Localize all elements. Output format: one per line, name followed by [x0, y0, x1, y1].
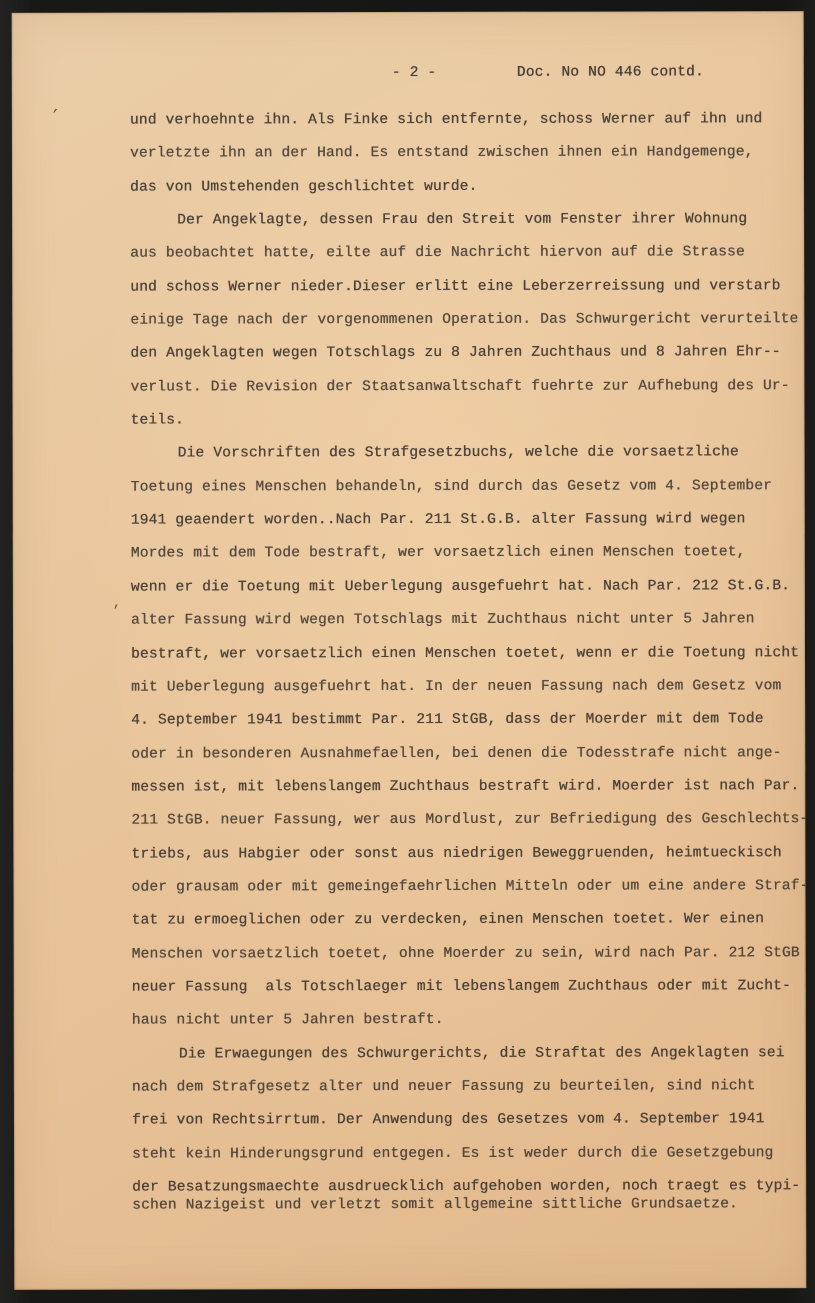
text-line: alter Fassung wird wegen Totschlags mit …: [131, 603, 811, 638]
ink-speck: ’: [49, 110, 60, 122]
text-line: Mordes mit dem Tode bestraft, wer vorsae…: [131, 537, 811, 572]
text-line: mit Ueberlegung ausgefuehrt hat. In der …: [131, 670, 811, 705]
text-line: Menschen vorsaetzlich toetet, ohne Moerd…: [132, 937, 812, 972]
text-line: Die Vorschriften des Strafgesetzbuchs, w…: [131, 437, 811, 472]
text-line: haus nicht unter 5 Jahren bestraft.: [132, 1003, 812, 1038]
text-line: nach dem Strafgesetz alter und neuer Fas…: [132, 1070, 812, 1105]
text-line: teils.: [130, 403, 810, 438]
body-text: und verhoehnte ihn. Als Finke sich entfe…: [130, 103, 812, 1223]
document-page: - 2 - Doc. No NO 446 contd. ’ ’ und verh…: [12, 11, 807, 1290]
text-line: verletzte ihn an der Hand. Es entstand z…: [130, 137, 810, 172]
text-line: und schoss Werner nieder.Dieser erlitt e…: [130, 270, 810, 305]
text-line: Toetung eines Menschen behandeln, sind d…: [131, 470, 811, 505]
text-line: und verhoehnte ihn. Als Finke sich entfe…: [130, 103, 810, 138]
text-line: verlust. Die Revision der Staatsanwaltsc…: [130, 370, 810, 405]
text-line: 4. September 1941 bestimmt Par. 211 StGB…: [131, 703, 811, 738]
text-line: einige Tage nach der vorgenommenen Opera…: [130, 303, 810, 338]
text-line: oder grausam oder mit gemeingefaehrliche…: [131, 870, 811, 905]
text-line: wenn er die Toetung mit Ueberlegung ausg…: [131, 570, 811, 605]
ink-speck: ’: [112, 607, 120, 617]
text-line: messen ist, mit lebenslangem Zuchthaus b…: [131, 770, 811, 805]
text-line: tat zu ermoeglichen oder zu verdecken, e…: [132, 903, 812, 938]
text-line: Der Angeklagte, dessen Frau den Streit v…: [130, 203, 810, 238]
text-line: bestraft, wer vorsaetzlich einen Mensche…: [131, 637, 811, 672]
text-line: neuer Fassung als Totschlaeger mit leben…: [132, 970, 812, 1005]
text-line: 211 StGB. neuer Fassung, wer aus Mordlus…: [131, 803, 811, 838]
text-line: 1941 geaendert worden..Nach Par. 211 St.…: [131, 503, 811, 538]
text-line: das von Umstehenden geschlichtet wurde.: [130, 170, 810, 205]
text-line: steht kein Hinderungsgrund entgegen. Es …: [132, 1137, 812, 1172]
page-number: - 2 -: [392, 65, 437, 81]
text-line: oder in besonderen Ausnahmefaellen, bei …: [131, 737, 811, 772]
paragraph: und verhoehnte ihn. Als Finke sich entfe…: [130, 103, 810, 204]
paragraph: Der Angeklagte, dessen Frau den Streit v…: [130, 203, 810, 438]
paragraph: Die Vorschriften des Strafgesetzbuchs, w…: [131, 437, 812, 1039]
scanned-document: - 2 - Doc. No NO 446 contd. ’ ’ und verh…: [0, 0, 815, 1303]
text-line: triebs, aus Habgier oder sonst aus niedr…: [131, 837, 811, 872]
text-line: frei von Rechtsirrtum. Der Anwendung des…: [132, 1103, 812, 1138]
text-line: schen Nazigeist und verletzt somit allge…: [132, 1188, 812, 1223]
text-line: den Angeklagten wegen Totschlags zu 8 Ja…: [130, 337, 810, 372]
paragraph: Die Erwaegungen des Schwurgerichts, die …: [132, 1037, 812, 1223]
document-reference: Doc. No NO 446 contd.: [517, 64, 704, 80]
text-line: Die Erwaegungen des Schwurgerichts, die …: [132, 1037, 812, 1072]
text-line: aus beobachtet hatte, eilte auf die Nach…: [130, 237, 810, 272]
